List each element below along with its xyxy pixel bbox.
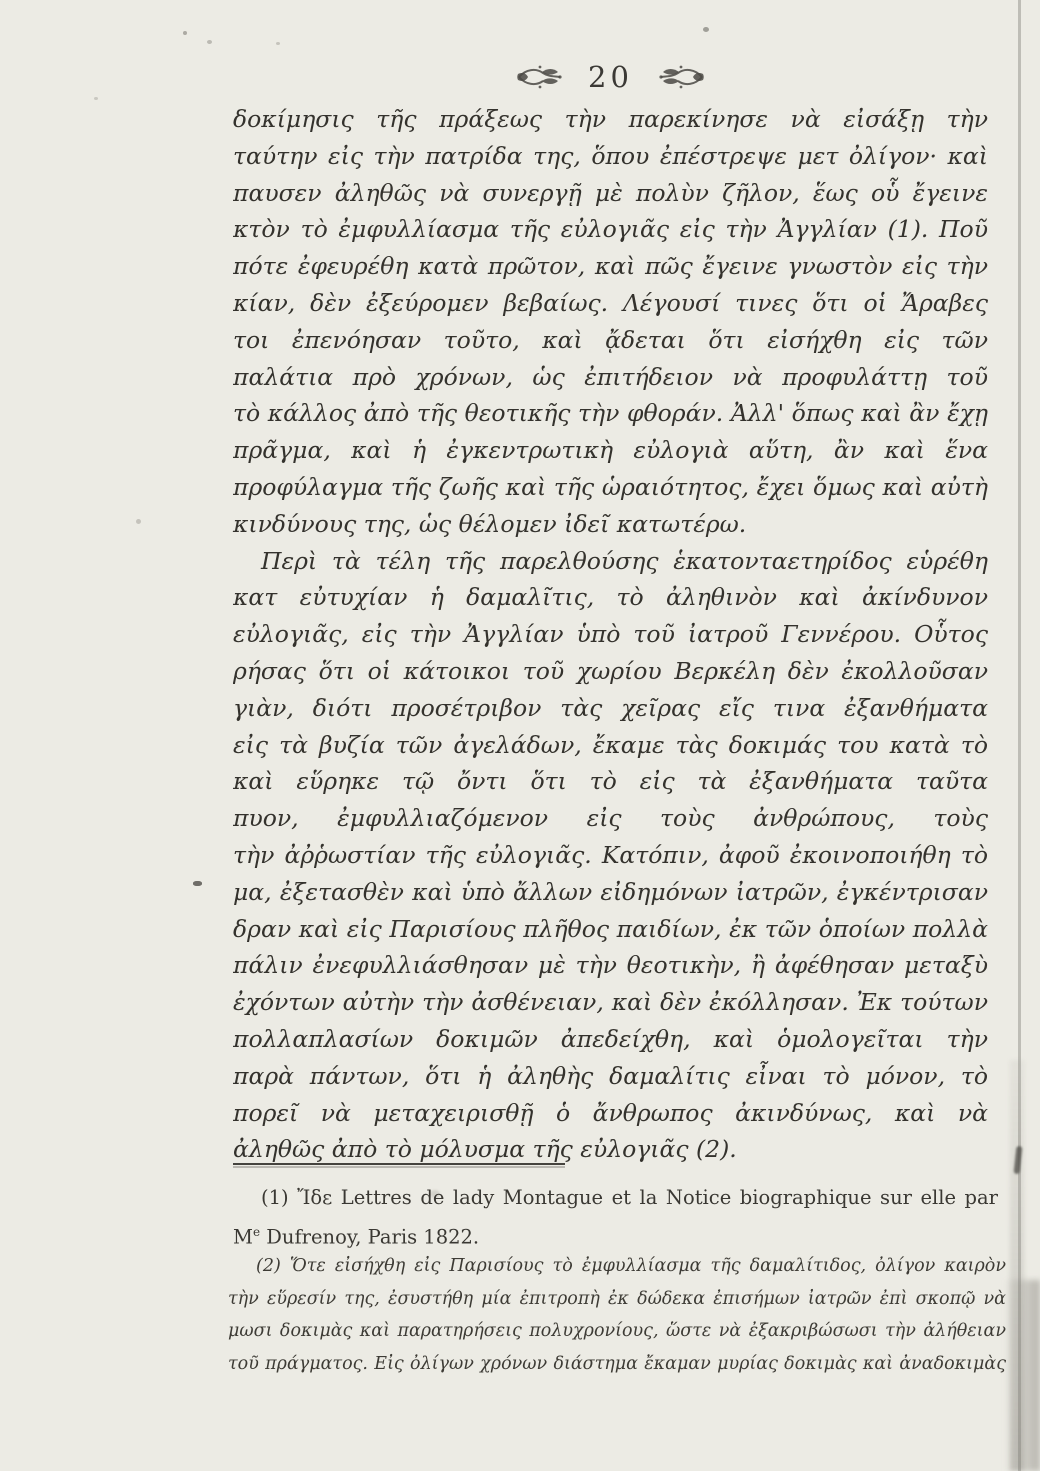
text-line: κατ εὐτυχίαν ἡ δαμαλῖτις, τὸ ἀληθινὸν κα… [233,579,988,616]
text-line: ρήσας ὅτι οἱ κάτοικοι τοῦ χωρίου Βερκέλη… [233,653,988,690]
footnote-2: (2) Ὅτε εἰσήχθη εἰς Παρισίους τὸ ἐμφυλλί… [228,1250,1006,1381]
footnote-text: M [233,1226,253,1249]
text-line: καὶ εὕρηκε τῷ ὄντι ὅτι τὸ εἰς τὰ ἐξανθήμ… [233,763,988,800]
text-line: προφύλαγμα τῆς ζωῆς καὶ τῆς ὡραιότητος, … [233,469,988,506]
footnote-line: τὴν εὕρεσίν της, ἐσυστήθη μία ἐπιτροπὴ ἐ… [228,1283,1006,1316]
text-line: πορεῖ νὰ μεταχειρισθῇ ὁ ἄνθρωπος ἀκινδύν… [233,1095,988,1132]
text-line: πότε ἐφευρέθη κατὰ πρῶτον, καὶ πῶς ἔγειν… [233,248,988,285]
footnote-line: (2) Ὅτε εἰσήχθη εἰς Παρισίους τὸ ἐμφυλλί… [228,1250,1006,1283]
fleuron-icon-mirrored [659,64,705,90]
page-edge-smudge [1004,1280,1040,1471]
text-line: τὴν ἀῤῥωστίαν τῆς εὐλογιᾶς. Κατόπιν, ἀφο… [233,837,988,874]
text-line: παλάτια πρὸ χρόνων, ὡς ἐπιτήδειον νὰ προ… [233,359,988,396]
text-line: μα, ἐξετασθὲν καὶ ὑπὸ ἄλλων εἰδημόνων ἰα… [233,874,988,911]
text-line: εἰς τὰ βυζία τῶν ἀγελάδων, ἔκαμε τὰς δοκ… [233,727,988,764]
text-line: τὸ κάλλος ἀπὸ τῆς θεοτικῆς τὴν φθοράν. Ἀ… [233,395,988,432]
paper-speck [183,31,187,35]
page-number: 20 [588,60,633,94]
footnote-line: τοῦ πράγματος. Εἰς ὀλίγων χρόνων διάστημ… [228,1348,1006,1381]
superscript-e: e [253,1225,260,1239]
fleuron-icon [516,64,562,90]
text-line: Περὶ τὰ τέλη τῆς παρελθούσης ἑκατονταετη… [233,543,988,580]
text-line: πρᾶγμα, καὶ ἡ ἐγκεντρωτικὴ εὐλογιὰ αὕτη,… [233,432,988,469]
paper-speck [136,519,141,524]
text-line: παρὰ πάντων, ὅτι ἡ ἀληθὴς δαμαλίτις εἶνα… [233,1058,988,1095]
paper-speck [94,97,98,100]
text-line: δοκίμησις τῆς πράξεως τὴν παρεκίνησε νὰ … [233,101,988,138]
text-line: κίαν, δὲν ἐξεύρομεν βεβαίως. Λέγουσί τιν… [233,285,988,322]
text-line: πυον, ἐμφυλλιαζόμενον εἰς τοὺς ἀνθρώπους… [233,800,988,837]
text-line: παυσεν ἀληθῶς νὰ συνεργῇ μὲ πολὺν ζῆλον,… [233,175,988,212]
footnote-line: μωσι δοκιμὰς καὶ παρατηρήσεις πολυχρονίο… [228,1315,1006,1348]
text-line: πάλιν ἐνεφυλλιάσθησαν μὲ τὴν θεοτικὴν, ἢ… [233,947,988,984]
text-line: εὐλογιᾶς, εἰς τὴν Ἀγγλίαν ὑπὸ τοῦ ἰατροῦ… [233,616,988,653]
paper-speck [276,42,280,45]
text-line: ἐχόντων αὐτὴν τὴν ἀσθένειαν, καὶ δὲν ἐκό… [233,984,988,1021]
page-header: 20 [233,54,988,100]
footnote-text: Dufrenoy, Paris 1822. [260,1226,479,1249]
footnote-line: (1) Ἴδε Lettres de lady Montague et la N… [233,1180,998,1215]
main-text-block: δοκίμησις τῆς πράξεως τὴν παρεκίνησε νὰ … [233,101,988,1168]
footnote-separator-rule [233,1163,565,1165]
text-line: ταύτην εἰς τὴν πατρίδα της, ὅπου ἐπέστρε… [233,138,988,175]
paper-speck [193,881,202,886]
paper-speck [703,27,709,32]
paper-speck [207,40,212,44]
footnote-1: (1) Ἴδε Lettres de lady Montague et la N… [233,1180,998,1250]
text-line: πολλαπλασίων δοκιμῶν ἀπεδείχθη, καὶ ὁμολ… [233,1021,988,1058]
scanned-book-page: 20 δοκίμησις τῆς πράξεως τὴν παρεκίνησ [0,0,1040,1471]
text-line: κινδύνους της, ὡς θέλομεν ἰδεῖ κατωτέρω. [233,506,988,543]
text-line: δραν καὶ εἰς Παρισίους πλῆθος παιδίων, ἐ… [233,911,988,948]
text-line: κτὸν τὸ ἐμφυλλίασμα τῆς εὐλογιᾶς εἰς τὴν… [233,211,988,248]
footnote-line: Me Dufrenoy, Paris 1822. [233,1215,998,1250]
text-line: γιὰν, διότι προσέτριβον τὰς χεῖρας εἴς τ… [233,690,988,727]
text-line: τοι ἐπενόησαν τοῦτο, καὶ ᾄδεται ὅτι εἰσή… [233,322,988,359]
